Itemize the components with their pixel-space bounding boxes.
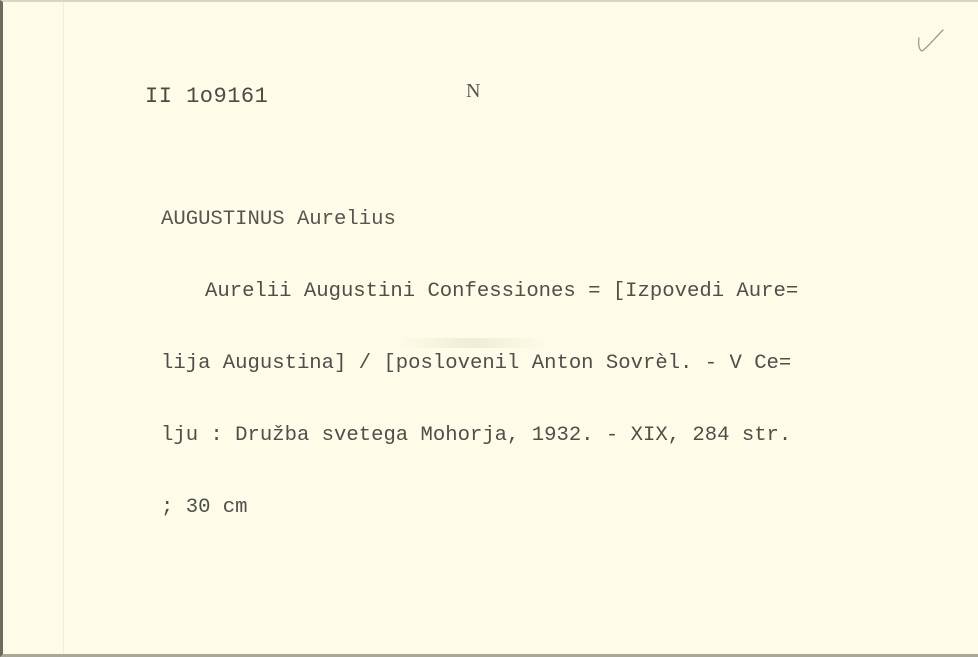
checkmark-icon [913, 26, 947, 56]
catalog-entry: AUGUSTINUS Aurelius Aurelii Augustini Co… [161, 160, 798, 568]
catalog-card: II 1o9161 N AUGUSTINUS Aurelius Aurelii … [0, 0, 978, 657]
collection-marker: N [466, 80, 480, 103]
description-line-2: lija Augustina] / [poslovenil Anton Sovr… [161, 352, 798, 376]
description-line-4: ; 30 cm [161, 496, 798, 520]
paper-fold-line [63, 2, 64, 654]
author-heading: AUGUSTINUS Aurelius [161, 208, 798, 232]
call-number: II 1o9161 [145, 84, 268, 109]
description-line-3: lju : Družba svetega Mohorja, 1932. - XI… [161, 424, 798, 448]
description-line-1: Aurelii Augustini Confessiones = [Izpove… [161, 280, 798, 304]
